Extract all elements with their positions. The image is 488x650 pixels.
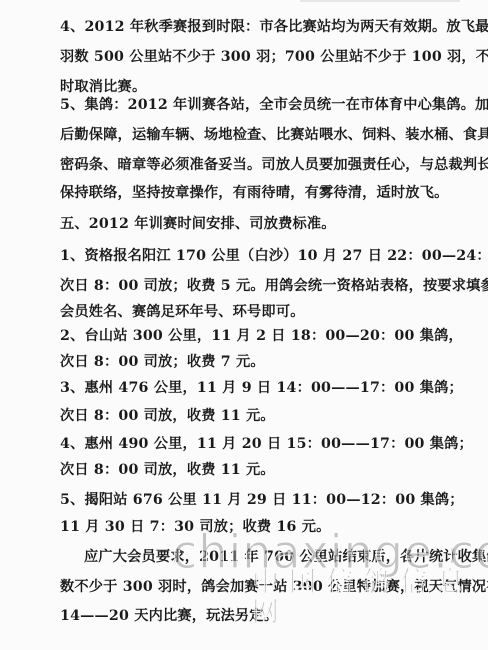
text-line: 1、资格报名阳江 170 公里（白沙）10 月 27 日 22：00—24：00… [60, 247, 488, 265]
text-line: 4、2012 年秋季赛报到时限：市各比赛站均为两天有效期。放飞最低 [60, 18, 488, 36]
text-line: 时取消比赛。 [60, 78, 146, 96]
watermark-name: 中国信鸽信息网 [252, 568, 488, 628]
header-rule [300, 0, 460, 2]
text-line: 3、惠州 476 公里，11 月 9 日 14：00——17：00 集鸽； [60, 379, 463, 397]
text-line: 5、集鸽：2012 年训赛各站，全市会员统一在市体育中心集鸽。加强 [60, 96, 488, 114]
text-line: 会员姓名、赛鸽足环年号、环号即可。 [60, 303, 305, 321]
text-line: 次日 8：00 司放；收费 7 元。 [60, 353, 265, 371]
text-line: 4、惠州 490 公里，11 月 20 日 15：00——17：00 集鸽； [60, 435, 473, 453]
text-line: 羽数 500 公里站不少于 300 羽；700 公里站不少于 100 羽，不够羽… [60, 48, 488, 66]
text-line: 2、台山站 300 公里，11 月 2 日 18：00—20：00 集鸽， [60, 327, 463, 345]
text-line: 保持联络，坚持按章操作，有雨待晴，有雾待清，适时放飞。 [60, 184, 448, 202]
text-line: 14——20 天内比赛，玩法另定。 [60, 607, 278, 625]
text-line: 密码条、暗章等必须准备妥当。司放人员要加强责任心，与总裁判长 [60, 156, 488, 174]
section-heading: 五、2012 年训赛时间安排、司放费标准。 [60, 215, 336, 233]
text-line: 后勤保障，运输车辆、场地检查、比赛站喂水、饲料、装水桶、食具、 [60, 126, 488, 144]
text-line: 次日 8：00 司放；收费 5 元。用鸽会统一资格站表格，按要求填参赛 [60, 277, 488, 295]
text-line: 5、揭阳站 676 公里 11 月 29 日 11：00—12：00 集鸽； [60, 491, 464, 509]
text-line: 次日 8：00 司放，收费 11 元。 [60, 461, 275, 479]
text-line: 次日 8：00 司放，收费 11 元。 [60, 407, 275, 425]
